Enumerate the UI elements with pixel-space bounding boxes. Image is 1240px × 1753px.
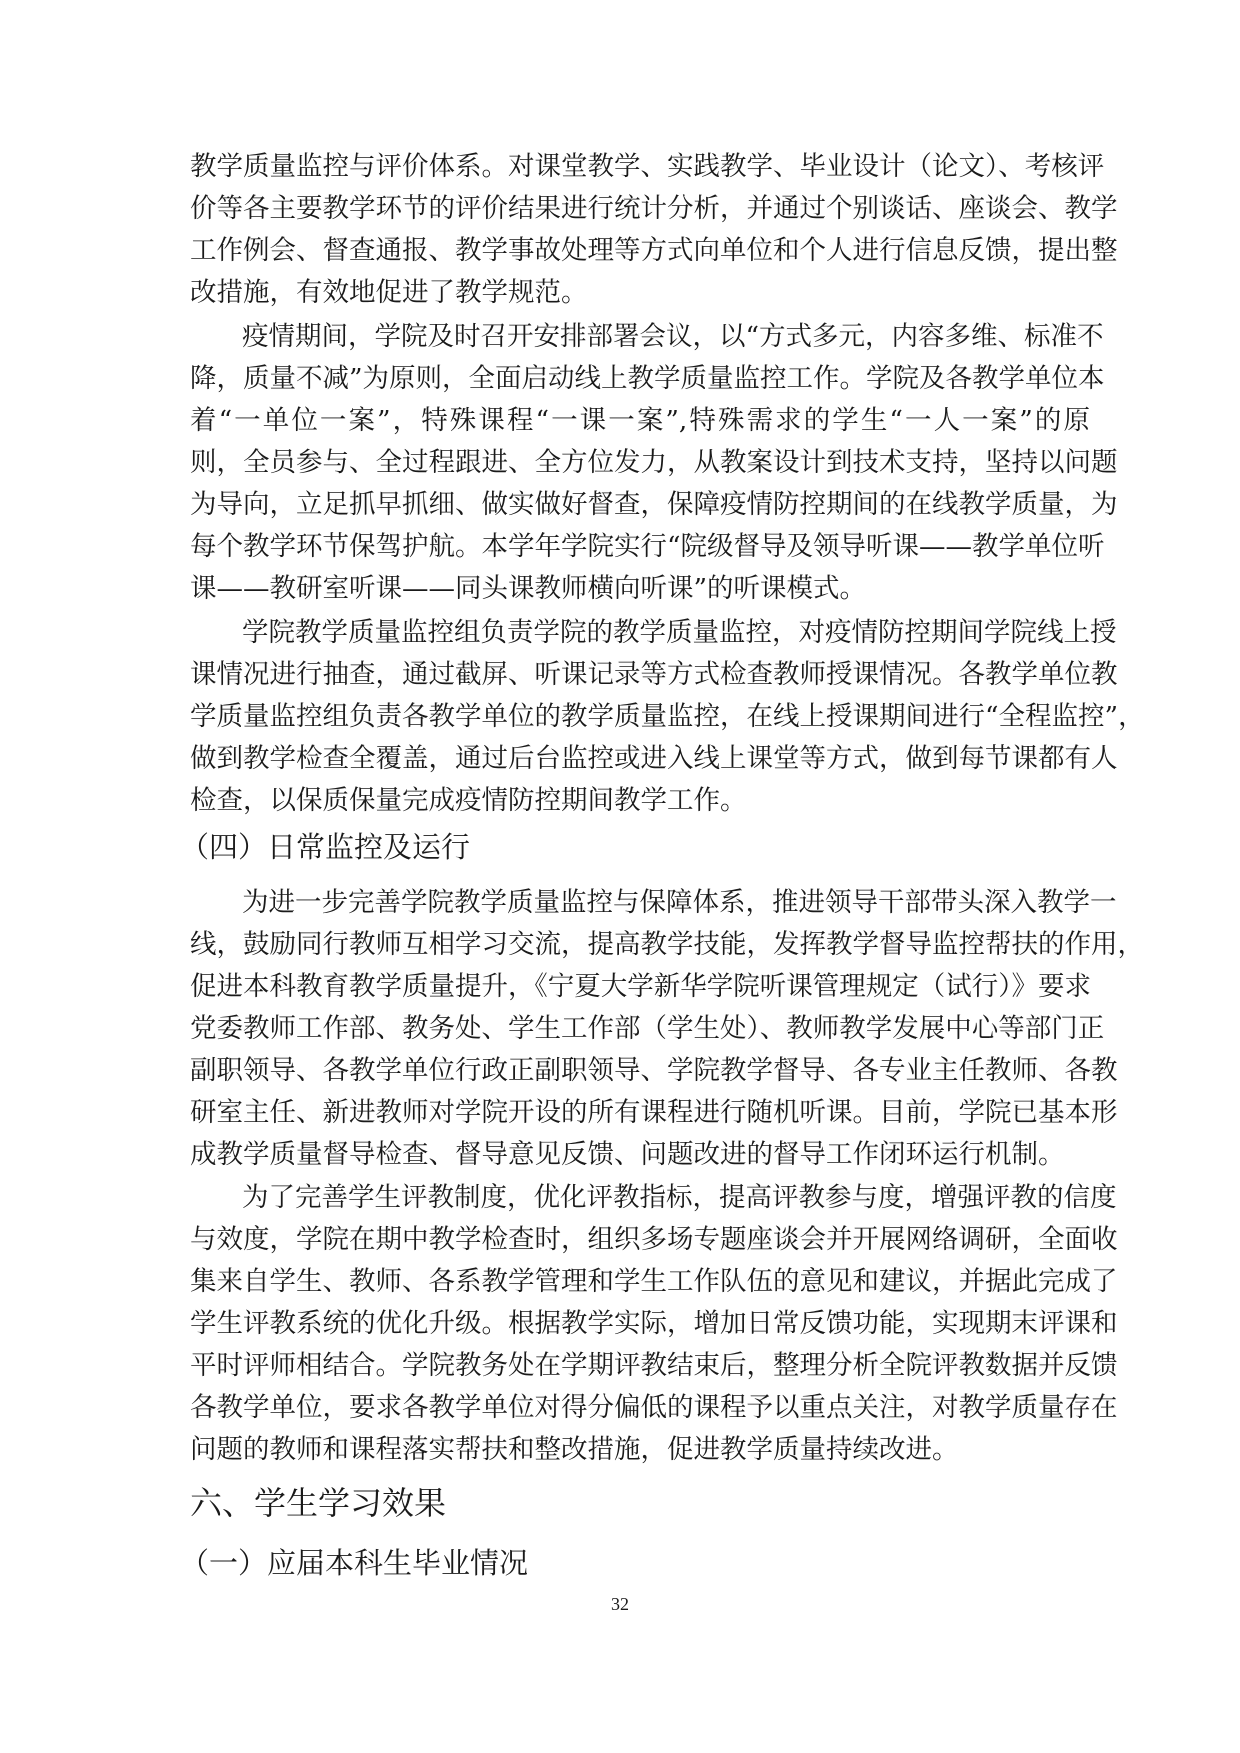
page-number: 32 — [0, 1594, 1240, 1615]
text-line: 则，全员参与、全过程跟进、全方位发力，从教案设计到技术支持，坚持以问题 — [190, 445, 1090, 481]
text-line: 为导向，立足抓早抓细、做实做好督查，保障疫情防控期间的在线教学质量，为 — [190, 487, 1090, 523]
text-line: 平时评师相结合。学院教务处在学期评教结束后，整理分析全院评教数据并反馈 — [190, 1348, 1090, 1384]
text-line: 价等各主要教学环节的评价结果进行统计分析，并通过个别谈话、座谈会、教学 — [190, 191, 1090, 227]
text-line: 副职领导、各教学单位行政正副职领导、学院教学督导、各专业主任教师、各教 — [190, 1053, 1090, 1089]
text-line: 与效度，学院在期中教学检查时，组织多场专题座谈会并开展网络调研，全面收 — [190, 1222, 1090, 1258]
text-line: 成教学质量督导检查、督导意见反馈、问题改进的督导工作闭环运行机制。 — [190, 1137, 1090, 1173]
chapter-heading-learning-outcomes: 六、学生学习效果 — [190, 1481, 446, 1525]
text-line: 问题的教师和课程落实帮扶和整改措施，促进教学质量持续改进。 — [190, 1432, 1090, 1468]
text-line: 研室主任、新进教师对学院开设的所有课程进行随机听课。目前，学院已基本形 — [190, 1095, 1090, 1131]
text-line: 党委教师工作部、教务处、学生工作部（学生处）、教师教学发展中心等部门正 — [190, 1011, 1090, 1047]
text-line: 学质量监控组负责各教学单位的教学质量监控，在线上授课期间进行“全程监控”， — [190, 699, 1090, 735]
text-line: 改措施，有效地促进了教学规范。 — [190, 275, 1090, 311]
text-line: 每个教学环节保驾护航。本学年学院实行“院级督导及领导听课——教学单位听 — [190, 529, 1090, 565]
text-line: 学生评教系统的优化升级。根据教学实际，增加日常反馈功能，实现期末评课和 — [190, 1306, 1090, 1342]
text-line: 各教学单位，要求各教学单位对得分偏低的课程予以重点关注，对教学质量存在 — [190, 1390, 1090, 1426]
text-line: 做到教学检查全覆盖，通过后台监控或进入线上课堂等方式，做到每节课都有人 — [190, 741, 1090, 777]
text-line: 促进本科教育教学质量提升，《宁夏大学新华学院听课管理规定（试行）》要求 — [190, 969, 1090, 1005]
text-line: 课——教研室听课——同头课教师横向听课”的听课模式。 — [190, 571, 1090, 607]
text-line: 为进一步完善学院教学质量监控与保障体系，推进领导干部带头深入教学一 — [190, 885, 1090, 921]
text-line: 学院教学质量监控组负责学院的教学质量监控，对疫情防控期间学院线上授 — [190, 615, 1090, 651]
text-line: 降，质量不减”为原则，全面启动线上教学质量监控工作。学院及各教学单位本 — [190, 361, 1090, 397]
text-line: 工作例会、督查通报、教学事故处理等方式向单位和个人进行信息反馈，提出整 — [190, 233, 1090, 269]
text-line: 为了完善学生评教制度，优化评教指标，提高评教参与度，增强评教的信度 — [190, 1180, 1090, 1216]
text-line: 教学质量监控与评价体系。对课堂教学、实践教学、毕业设计（论文）、考核评 — [190, 149, 1090, 185]
text-line: 课情况进行抽查，通过截屏、听课记录等方式检查教师授课情况。各教学单位教 — [190, 657, 1090, 693]
text-line: 集来自学生、教师、各系教学管理和学生工作队伍的意见和建议，并据此完成了 — [190, 1264, 1090, 1300]
section-heading-graduation: （一）应届本科生毕业情况 — [180, 1543, 528, 1583]
text-line: 着“一单位一案”，特殊课程“一课一案”,特殊需求的学生“一人一案”的原 — [190, 403, 1090, 439]
text-line: 线，鼓励同行教师互相学习交流，提高教学技能，发挥教学督导监控帮扶的作用， — [190, 927, 1090, 963]
text-line: 检查，以保质保量完成疫情防控期间教学工作。 — [190, 783, 1090, 819]
section-heading-daily-monitoring: （四）日常监控及运行 — [180, 827, 470, 867]
text-line: 疫情期间，学院及时召开安排部署会议，以“方式多元，内容多维、标准不 — [190, 319, 1090, 355]
